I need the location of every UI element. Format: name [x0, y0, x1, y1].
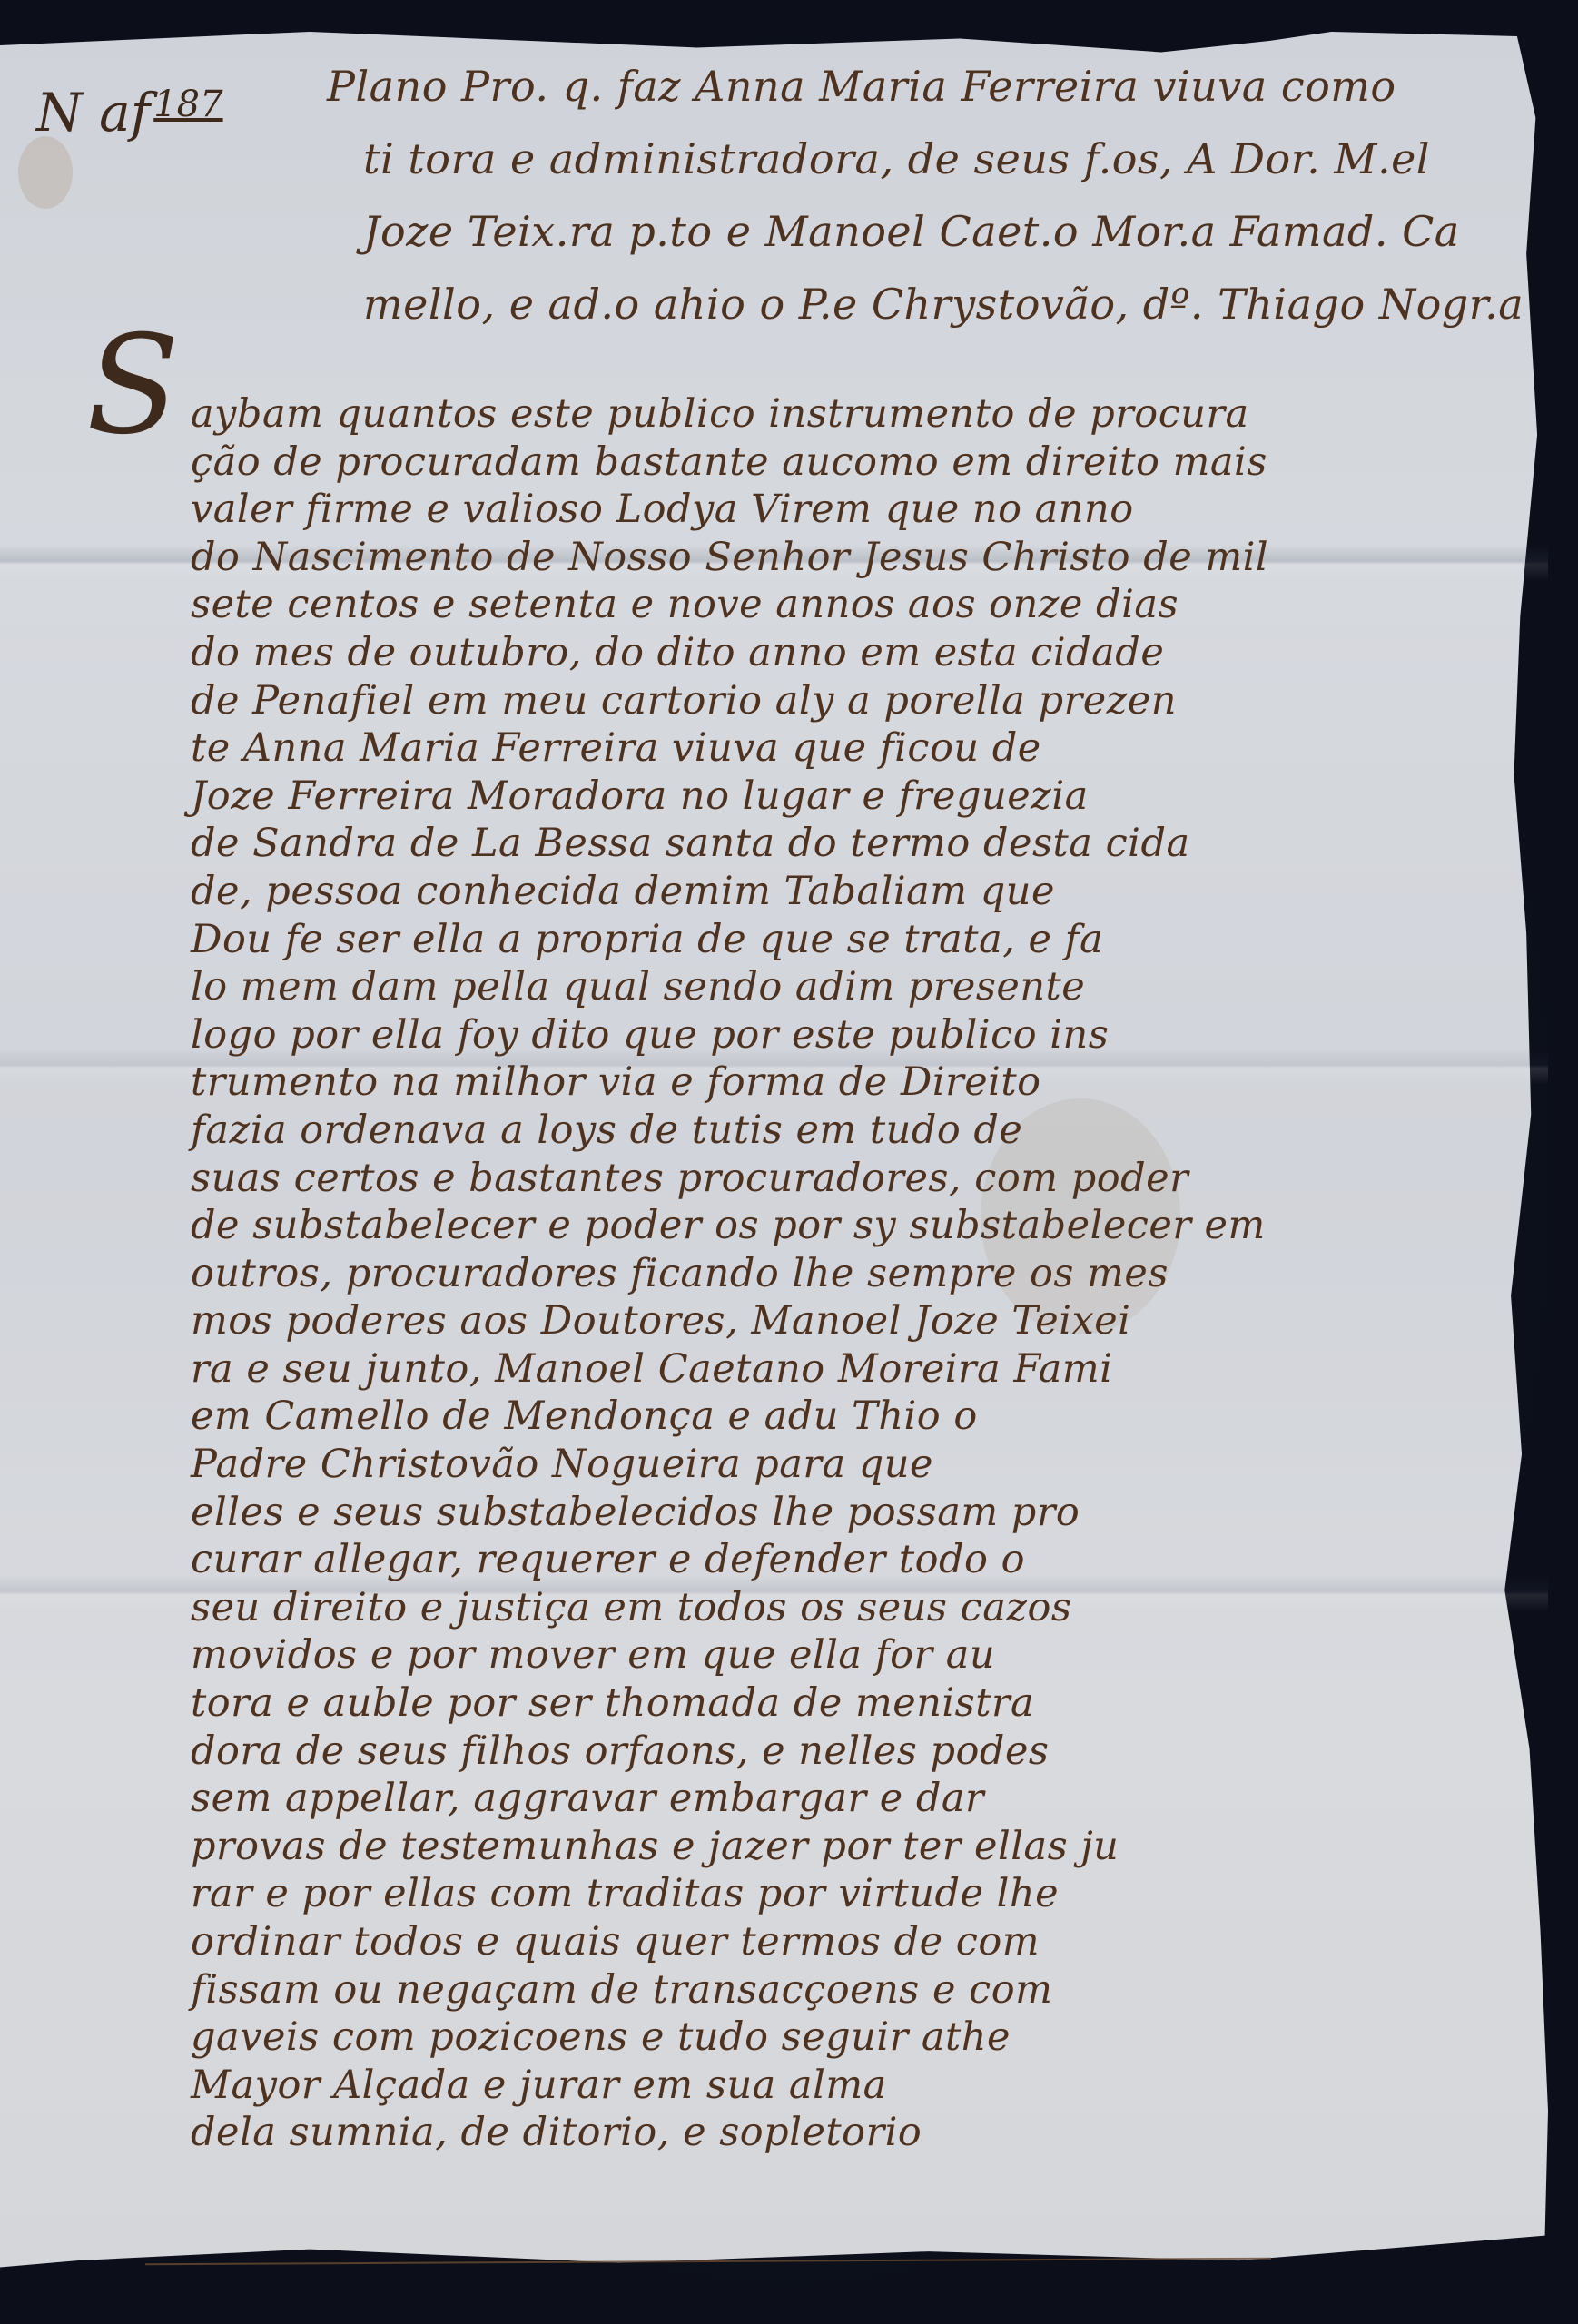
header-line: mello, e ad.o ahio o P.e Chrystovão, dº.… [363, 268, 1516, 340]
body-line: elles e seus substabelecidos lhe possam … [191, 1489, 1307, 1537]
document-body: aybam quantos este publico instrumento d… [191, 390, 1307, 2157]
body-line: dela sumnia, de ditorio, e sopletorio [191, 2109, 1307, 2157]
body-line: seu direito e justiça em todos os seus c… [191, 1584, 1307, 1632]
body-line: suas certos e bastantes procuradores, co… [191, 1155, 1307, 1203]
body-line: do Nascimento de Nosso Senhor Jesus Chri… [191, 534, 1307, 582]
body-line: tora e auble por ser thomada de menistra [191, 1679, 1307, 1728]
body-line: lo mem dam pella qual sendo adim present… [191, 963, 1307, 1011]
body-line: Joze Ferreira Moradora no lugar e fregue… [191, 773, 1307, 821]
body-line: aybam quantos este publico instrumento d… [191, 390, 1307, 438]
body-line: sete centos e setenta e nove annos aos o… [191, 581, 1307, 629]
header-line: Plano Pro. q. faz Anna Maria Ferreira vi… [327, 50, 1516, 123]
folio-number: 187 [153, 84, 222, 125]
body-line: provas de testemunhas e jazer por ter el… [191, 1823, 1307, 1871]
body-line: Mayor Alçada e jurar em sua alma [191, 2062, 1307, 2110]
header-line: Joze Teix.ra p.to e Manoel Caet.o Mor.a … [363, 195, 1516, 268]
body-line: ra e seu junto, Manoel Caetano Moreira F… [191, 1345, 1307, 1393]
body-line: fazia ordenava a loys de tutis em tudo d… [191, 1107, 1307, 1155]
body-line: trumento na milhor via e forma de Direit… [191, 1059, 1307, 1107]
body-line: valer firme e valioso Lodya Virem que no… [191, 486, 1307, 534]
body-line: Padre Christovão Nogueira para que [191, 1441, 1307, 1489]
body-line: fissam ou negaçam de transacçoens e com [191, 1966, 1307, 2014]
body-line: de substabelecer e poder os por sy subst… [191, 1202, 1307, 1250]
body-line: de, pessoa conhecida demim Tabaliam que [191, 868, 1307, 916]
body-line: do mes de outubro, do dito anno em esta … [191, 629, 1307, 677]
body-line: curar allegar, requerer e defender todo … [191, 1536, 1307, 1584]
ink-stain [18, 136, 73, 209]
body-line: ordinar todos e quais quer termos de com [191, 1918, 1307, 1966]
header-line: ti tora e administradora, de seus f.os, … [363, 123, 1516, 195]
decorated-initial: S [86, 318, 180, 454]
body-line: Dou fe ser ella a propria de que se trat… [191, 916, 1307, 964]
body-line: de Penafiel em meu cartorio aly a porell… [191, 677, 1307, 725]
body-line: em Camello de Mendonça e adu Thio o [191, 1393, 1307, 1441]
body-line: outros, procuradores ficando lhe sempre … [191, 1250, 1307, 1298]
body-line: sem appellar, aggravar embargar e dar [191, 1775, 1307, 1823]
body-line: rar e por ellas com traditas por virtude… [191, 1870, 1307, 1918]
body-line: gaveis com pozicoens e tudo seguir athe [191, 2014, 1307, 2062]
body-line: te Anna Maria Ferreira viuva que ficou d… [191, 724, 1307, 773]
document-header: Plano Pro. q. faz Anna Maria Ferreira vi… [363, 50, 1516, 340]
folio-prefix: N af [36, 82, 150, 143]
body-line: logo por ella foy dito que por este publ… [191, 1011, 1307, 1059]
body-line: ção de procuradam bastante aucomo em dir… [191, 438, 1307, 487]
body-line: movidos e por mover em que ella for au [191, 1631, 1307, 1679]
body-line: dora de seus filhos orfaons, e nelles po… [191, 1728, 1307, 1776]
body-line: de Sandra de La Bessa santa do termo des… [191, 820, 1307, 868]
folio-annotation: N af187 [36, 86, 223, 139]
body-line: mos poderes aos Doutores, Manoel Joze Te… [191, 1297, 1307, 1345]
